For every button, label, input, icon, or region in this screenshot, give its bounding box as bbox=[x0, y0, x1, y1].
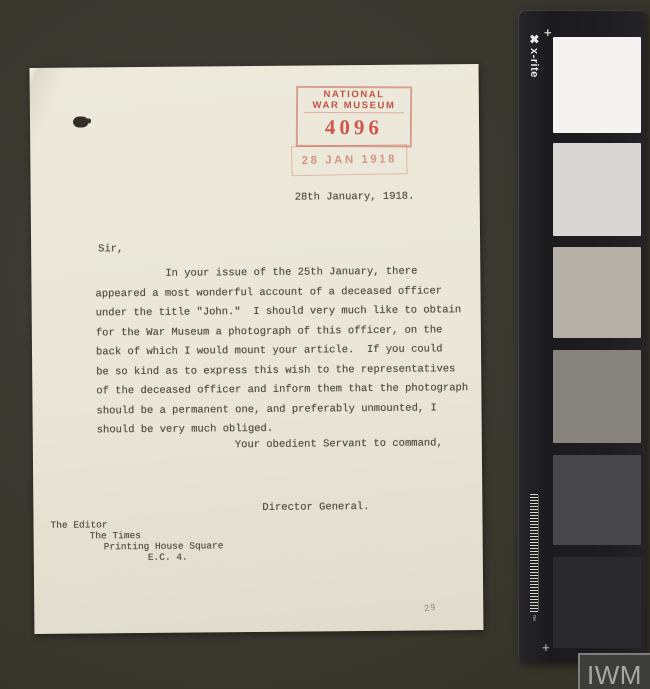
letter-body-line: of the deceased officer and inform them … bbox=[96, 379, 468, 402]
date-received-text: 28 JAN 1918 bbox=[302, 153, 397, 167]
letter-body-line: should be a permanent one, and preferabl… bbox=[96, 399, 468, 422]
iwm-watermark: IWM bbox=[578, 653, 650, 689]
xrite-brand-text: x-rite bbox=[528, 48, 540, 78]
registration-cross-icon: + bbox=[544, 25, 552, 40]
photo-stage: NATIONAL WAR MUSEUM 4096 28 JAN 1918 28t… bbox=[0, 0, 650, 689]
ink-blot bbox=[73, 116, 88, 127]
date-received-stamp: 28 JAN 1918 bbox=[291, 144, 408, 176]
letter-date: 28th January, 1918. bbox=[295, 191, 415, 204]
accession-number-stamp: 4096 bbox=[298, 115, 410, 141]
address-line: Printing House Square bbox=[104, 540, 224, 552]
museum-stamp-name: NATIONAL WAR MUSEUM bbox=[304, 90, 404, 114]
letter-paper: NATIONAL WAR MUSEUM 4096 28 JAN 1918 28t… bbox=[30, 64, 484, 634]
museum-stamp: NATIONAL WAR MUSEUM 4096 bbox=[296, 86, 412, 148]
letter-signature: Director General. bbox=[262, 501, 369, 514]
letter-salutation: Sir, bbox=[98, 243, 123, 255]
letter-body: In your issue of the 25th January, there… bbox=[95, 262, 468, 441]
grayscale-patch-3 bbox=[553, 247, 641, 338]
grayscale-patch-2 bbox=[553, 143, 641, 236]
xrite-x-icon: ✖ bbox=[527, 34, 541, 45]
recipient-address: The Editor The Times Printing House Squa… bbox=[50, 518, 223, 564]
letter-closing: Your obedient Servant to command, bbox=[235, 437, 443, 451]
address-line: E.C. 4. bbox=[148, 551, 224, 563]
iwm-label: IWM bbox=[580, 662, 642, 688]
paper-corner-crease bbox=[30, 68, 83, 188]
pencil-page-number: 29 bbox=[424, 602, 437, 614]
trademark-symbol: ™ bbox=[529, 614, 536, 621]
grayscale-patch-1 bbox=[553, 37, 641, 133]
registration-cross-icon: + bbox=[542, 640, 550, 655]
letter-body-line: In your issue of the 25th January, there bbox=[95, 262, 467, 285]
letter-body-line: back of which I would mount your article… bbox=[96, 340, 468, 363]
grayscale-patch-6 bbox=[553, 557, 641, 648]
color-calibration-card: + ✖ x-rite ™ + bbox=[518, 10, 646, 662]
grayscale-patch-5 bbox=[553, 455, 641, 545]
xrite-logo: ✖ x-rite bbox=[526, 34, 542, 118]
letter-body-line: under the title "John." I should very mu… bbox=[96, 301, 468, 324]
ruler-scale bbox=[530, 494, 538, 612]
museum-stamp-line2: WAR MUSEUM bbox=[304, 100, 404, 111]
grayscale-patch-4 bbox=[553, 350, 641, 443]
